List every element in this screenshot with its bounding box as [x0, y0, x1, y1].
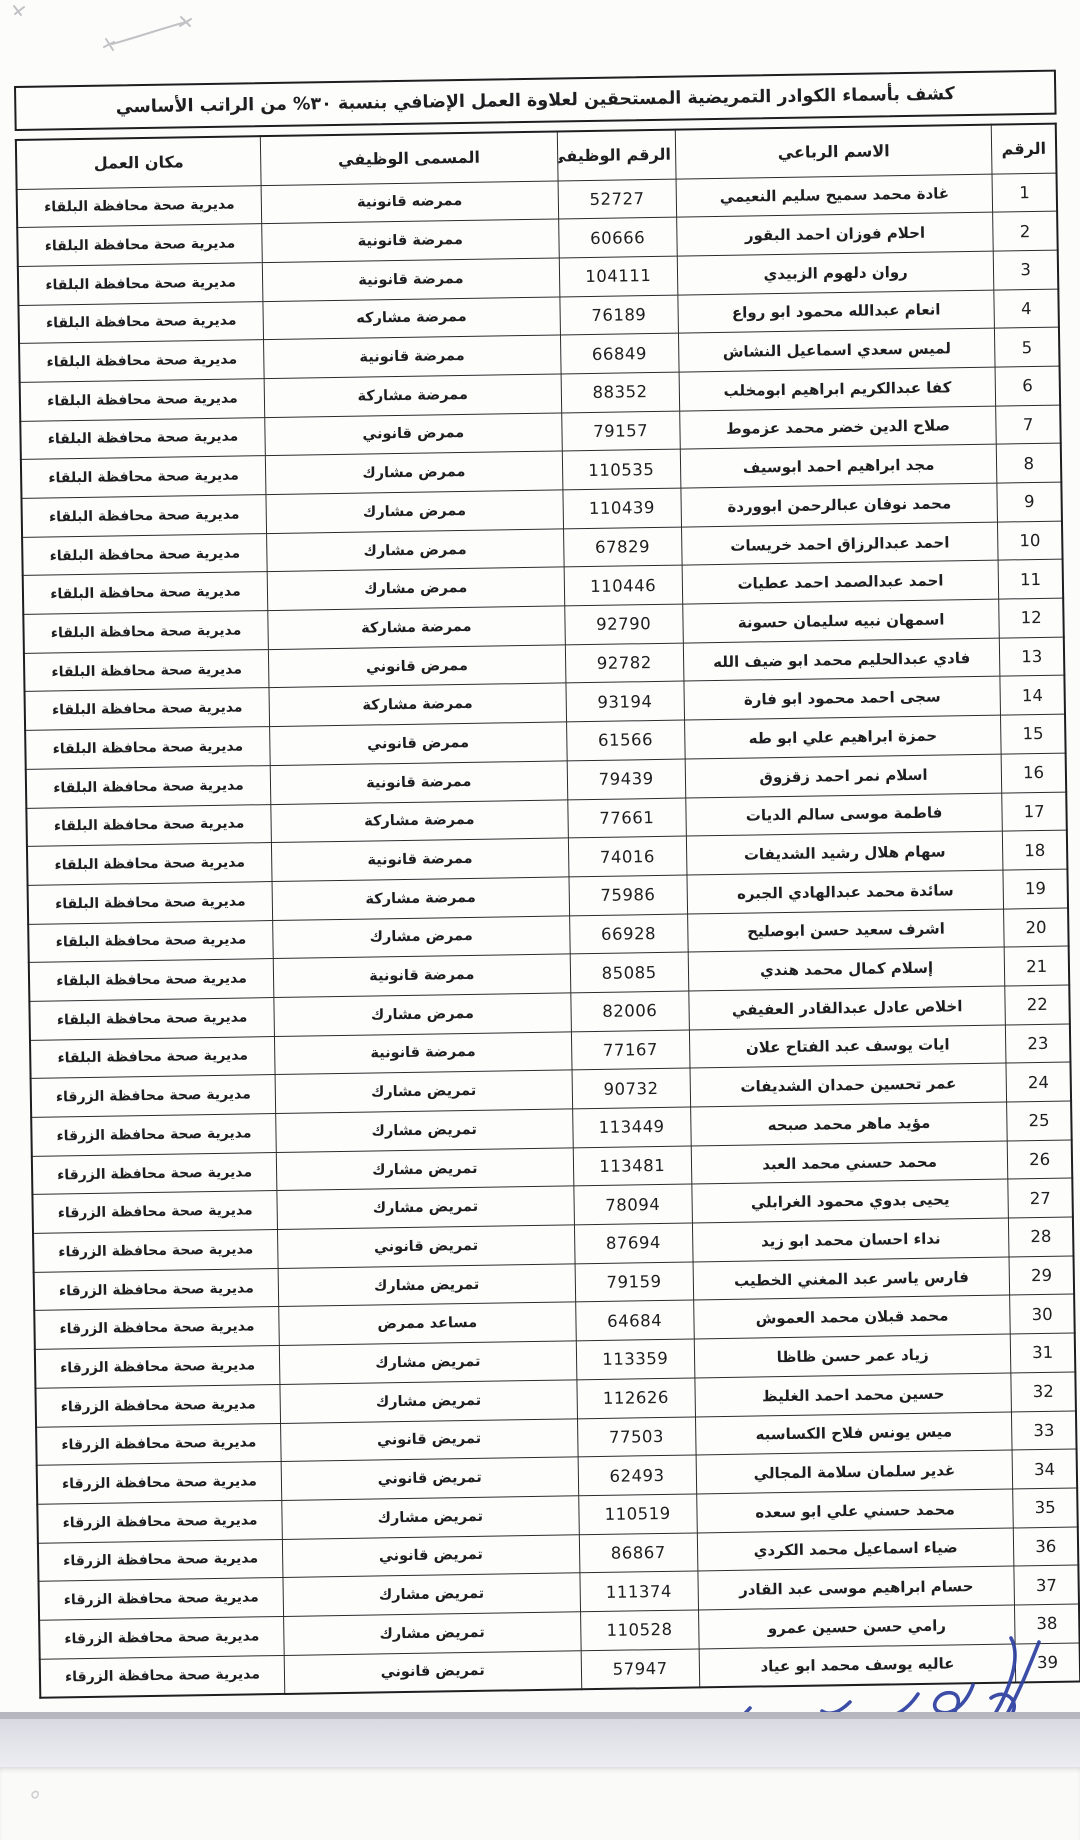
cell-job-title: ممرض مشارك	[266, 490, 563, 533]
cell-index: 13	[1000, 637, 1065, 677]
staff-roster-table: الرقم الاسم الرباعي الرقم الوظيفي المسمى…	[15, 123, 1080, 1699]
cell-name: ضياء اسماعيل محمد الكردي	[697, 1528, 1014, 1572]
document-sheet: كشف بأسماء الكوادر التمريضية المستحقين ل…	[14, 70, 1080, 1699]
cell-name: ايات يوسف عبد الفتاح علان	[689, 1025, 1006, 1069]
cell-index: 24	[1006, 1062, 1071, 1102]
cell-workplace: مديرية صحة محافظة البلقاء	[21, 456, 266, 499]
cell-employee-no: 62493	[578, 1455, 697, 1496]
cell-index: 2	[993, 211, 1058, 251]
cell-name: سائدة محمد عبدالهادي الجبره	[687, 870, 1004, 914]
cell-job-title: ممرضة قانونية	[262, 258, 559, 301]
cell-job-title: ممرضة قانونية	[273, 954, 570, 997]
cell-employee-no: 60666	[558, 217, 677, 258]
cell-workplace: مديرية صحة محافظة البلقاء	[28, 920, 273, 963]
cell-workplace: مديرية صحة محافظة البلقاء	[24, 649, 269, 692]
cell-employee-no: 92782	[565, 643, 684, 684]
scanned-page: كشف بأسماء الكوادر التمريضية المستحقين ل…	[0, 0, 1080, 1840]
cell-job-title: ممرضة مشاركة	[271, 799, 568, 842]
cell-job-title: ممرضة مشاركة	[272, 877, 569, 920]
cell-job-title: تمريض مشارك	[277, 1186, 574, 1229]
cell-index: 19	[1003, 869, 1068, 909]
cell-index: 4	[994, 289, 1059, 329]
header-employee-no: الرقم الوظيفي	[557, 130, 676, 181]
cell-job-title: ممرض قانوني	[265, 413, 562, 456]
cell-name: حسين محمد احمد الغليظ	[695, 1373, 1012, 1417]
cell-employee-no: 113359	[576, 1339, 695, 1380]
cell-name: زياد عمر حسن ظاظا	[694, 1334, 1011, 1378]
cell-job-title: ممرضة قانونية	[264, 335, 561, 378]
cell-job-title: تمريض قانوني	[282, 1534, 579, 1577]
cell-workplace: مديرية صحة محافظة الزرقاء	[35, 1346, 280, 1389]
cell-workplace: مديرية صحة محافظة البلقاء	[25, 727, 270, 770]
cell-index: 32	[1011, 1372, 1076, 1412]
cell-index: 3	[994, 250, 1059, 290]
cell-workplace: مديرية صحة محافظة الزرقاء	[32, 1152, 277, 1195]
cell-name: سهام هلال رشيد الشديفات	[686, 831, 1003, 875]
cell-employee-no: 52727	[558, 179, 677, 220]
cell-employee-no: 110519	[578, 1494, 697, 1535]
cell-employee-no: 79159	[575, 1262, 694, 1303]
cell-job-title: تمريض مشارك	[279, 1341, 576, 1384]
cell-job-title: ممرض قانوني	[270, 722, 567, 765]
cell-employee-no: 77503	[577, 1416, 696, 1457]
cell-employee-no: 79157	[561, 411, 680, 452]
cell-workplace: مديرية صحة محافظة البلقاء	[22, 533, 267, 576]
cell-workplace: مديرية صحة محافظة الزرقاء	[38, 1578, 283, 1621]
cell-employee-no: 61566	[566, 720, 685, 761]
cell-index: 15	[1001, 714, 1066, 754]
cell-name: محمد نوفان عبالرحمن ابووردة	[681, 483, 998, 527]
cell-employee-no: 110528	[580, 1610, 699, 1651]
cell-job-title: تمريض مشارك	[275, 1070, 572, 1113]
cell-index: 11	[998, 559, 1063, 599]
cell-workplace: مديرية صحة محافظة البلقاء	[28, 881, 273, 924]
cell-workplace: مديرية صحة محافظة الزرقاء	[31, 1114, 276, 1157]
cell-job-title: ممرضه قانونية	[261, 180, 558, 223]
cell-name: غادة محمد سميح سليم النعيمي	[676, 174, 993, 218]
cell-name: اشرف سعيد حسن ابوصليح	[687, 909, 1004, 953]
cell-employee-no: 110439	[562, 488, 681, 529]
cell-workplace: مديرية صحة محافظة البلقاء	[18, 262, 263, 305]
cell-index: 30	[1010, 1294, 1075, 1334]
cell-index: 29	[1009, 1256, 1074, 1296]
cell-employee-no: 77661	[567, 798, 686, 839]
cell-index: 18	[1003, 830, 1068, 870]
cell-employee-no: 64684	[575, 1300, 694, 1341]
cell-index: 31	[1011, 1333, 1076, 1373]
cell-index: 1	[992, 173, 1057, 213]
cell-employee-no: 66928	[569, 914, 688, 955]
cell-index: 23	[1006, 1024, 1071, 1064]
cell-employee-no: 82006	[570, 991, 689, 1032]
cell-workplace: مديرية صحة محافظة الزرقاء	[32, 1191, 277, 1234]
cell-job-title: تمريض مشارك	[283, 1573, 580, 1616]
table-body: 1غادة محمد سميح سليم النعيمي52727ممرضه ق…	[17, 173, 1080, 1698]
cell-index: 20	[1004, 908, 1069, 948]
cell-workplace: مديرية صحة محافظة البلقاء	[23, 572, 268, 615]
cell-index: 26	[1008, 1140, 1073, 1180]
cell-index: 6	[995, 366, 1060, 406]
cell-index: 21	[1005, 946, 1070, 986]
cell-job-title: تمريض قانوني	[281, 1418, 578, 1461]
cell-employee-no: 93194	[566, 681, 685, 722]
cell-name: صلاح الدين خضر محمد عزموط	[679, 406, 996, 450]
cell-employee-no: 112626	[576, 1378, 695, 1419]
cell-name: انعام عبدالله محمود ابو رواع	[678, 290, 995, 334]
cell-workplace: مديرية صحة محافظة الزرقاء	[36, 1423, 281, 1466]
pen-scribble-marks	[0, 0, 280, 70]
cell-name: اخلاص عادل عبدالقادر العفيفي	[689, 986, 1006, 1030]
cell-index: 10	[998, 521, 1063, 561]
cell-name: نداء احسان محمد ابو زيد	[692, 1218, 1009, 1262]
cell-job-title: ممرضة قانونية	[271, 838, 568, 881]
cell-workplace: مديرية صحة محافظة الزرقاء	[31, 1075, 276, 1118]
cell-index: 5	[995, 327, 1060, 367]
cell-employee-no: 67829	[563, 527, 682, 568]
cell-employee-no: 76189	[559, 295, 678, 336]
cell-workplace: مديرية صحة محافظة البلقاء	[25, 688, 270, 731]
cell-workplace: مديرية صحة محافظة البلقاء	[19, 340, 264, 383]
cell-job-title: تمريض مشارك	[282, 1496, 579, 1539]
cell-name: حسام ابراهيم موسى عبد القادر	[698, 1566, 1015, 1610]
cell-workplace: مديرية صحة محافظة البلقاء	[20, 417, 265, 460]
cell-job-title: تمريض قانوني	[281, 1457, 578, 1500]
cell-workplace: مديرية صحة محافظة البلقاء	[26, 765, 271, 808]
cell-workplace: مديرية صحة محافظة البلقاء	[29, 959, 274, 1002]
cell-employee-no: 78094	[573, 1184, 692, 1225]
pen-speck	[20, 1780, 180, 1830]
cell-workplace: مديرية صحة محافظة البلقاء	[21, 495, 266, 538]
cell-workplace: مديرية صحة محافظة البلقاء	[29, 997, 274, 1040]
cell-name: احمد عبدالصمد احمد عطيات	[682, 560, 999, 604]
cell-job-title: تمريض مشارك	[278, 1264, 575, 1307]
cell-index: 28	[1009, 1217, 1074, 1257]
header-job-title: المسمى الوظيفي	[260, 131, 557, 185]
cell-employee-no: 75986	[569, 875, 688, 916]
header-workplace: مكان العمل	[16, 136, 261, 189]
cell-name: سجى احمد محمود ابو فارة	[684, 677, 1001, 721]
cell-name: فاطمة موسى سالم الديات	[686, 793, 1003, 837]
cell-name: محمد حسني علي ابو سعده	[696, 1489, 1013, 1533]
cell-index: 7	[996, 405, 1061, 445]
page-fold-edge	[0, 1712, 1080, 1719]
cell-workplace: مديرية صحة محافظة الزرقاء	[34, 1268, 279, 1311]
cell-name: حمزة ابراهيم علي ابو طه	[684, 715, 1001, 759]
cell-name: محمد قبلان محمد العموش	[693, 1295, 1010, 1339]
cell-job-title: تمريض مشارك	[280, 1380, 577, 1423]
cell-job-title: ممرض قانوني	[268, 645, 565, 688]
cell-job-title: ممرضة مشاركة	[264, 374, 561, 417]
cell-index: 27	[1008, 1178, 1073, 1218]
cell-employee-no: 111374	[580, 1571, 699, 1612]
cell-employee-no: 110535	[562, 449, 681, 490]
cell-job-title: مساعد ممرض	[279, 1302, 576, 1345]
cell-index: 9	[997, 482, 1062, 522]
cell-name: عمر تحسين حمدان الشديفات	[690, 1063, 1007, 1107]
cell-name: احلام فوزان احمد البقور	[676, 212, 993, 256]
cell-index: 14	[1000, 676, 1065, 716]
cell-workplace: مديرية صحة محافظة الزرقاء	[37, 1462, 282, 1505]
cell-workplace: مديرية صحة محافظة البلقاء	[17, 185, 262, 228]
cell-employee-no: 92790	[564, 604, 683, 645]
cell-job-title: ممرض مشارك	[265, 451, 562, 494]
cell-workplace: مديرية صحة محافظة البلقاء	[20, 379, 265, 422]
cell-name: اسمهان نبيه سليمان حسونة	[683, 599, 1000, 643]
cell-workplace: مديرية صحة محافظة الزرقاء	[40, 1655, 285, 1698]
cell-employee-no: 74016	[568, 836, 687, 877]
cell-index: 12	[999, 598, 1064, 638]
cell-employee-no: 87694	[574, 1223, 693, 1264]
cell-job-title: ممرضة قانونية	[262, 219, 559, 262]
cell-index: 25	[1007, 1101, 1072, 1141]
cell-job-title: تمريض قانوني	[278, 1225, 575, 1268]
cell-name: مجد ابراهيم احمد ابوسيف	[680, 444, 997, 488]
cell-employee-no: 110446	[564, 565, 683, 606]
cell-employee-no: 66849	[560, 333, 679, 374]
document-title: كشف بأسماء الكوادر التمريضية المستحقين ل…	[116, 84, 955, 117]
cell-workplace: مديرية صحة محافظة الزرقاء	[34, 1307, 279, 1350]
cell-job-title: ممرض مشارك	[267, 529, 564, 572]
cell-job-title: ممرضة مشاركة	[269, 683, 566, 726]
cell-name: ميس يونس فلاح الكساسبه	[695, 1411, 1012, 1455]
cell-index: 22	[1005, 985, 1070, 1025]
cell-name: كفا عبدالكريم ابراهيم ابومخلب	[679, 367, 996, 411]
cell-employee-no: 85085	[570, 952, 689, 993]
cell-employee-no: 86867	[579, 1533, 698, 1574]
cell-workplace: مديرية صحة محافظة البلقاء	[23, 611, 268, 654]
cell-job-title: تمريض مشارك	[276, 1109, 573, 1152]
cell-employee-no: 88352	[561, 372, 680, 413]
cell-index: 8	[997, 443, 1062, 483]
cell-job-title: تمريض مشارك	[276, 1148, 573, 1191]
cell-workplace: مديرية صحة محافظة البلقاء	[18, 301, 263, 344]
cell-workplace: مديرية صحة محافظة الزرقاء	[33, 1230, 278, 1273]
cell-job-title: ممرضة مشاركة	[268, 606, 565, 649]
cell-index: 16	[1002, 753, 1067, 793]
cell-name: احمد عبدالرزاق احمد خريسات	[681, 522, 998, 566]
cell-employee-no: 90732	[572, 1068, 691, 1109]
cell-employee-no: 79439	[567, 759, 686, 800]
cell-index: 34	[1012, 1449, 1077, 1489]
cell-job-title: ممرضة قانونية	[270, 761, 567, 804]
cell-index: 37	[1014, 1565, 1079, 1605]
cell-employee-no: 113481	[573, 1146, 692, 1187]
cell-workplace: مديرية صحة محافظة الزرقاء	[38, 1539, 283, 1582]
cell-employee-no: 57947	[581, 1649, 700, 1690]
cell-workplace: مديرية صحة محافظة الزرقاء	[35, 1384, 280, 1427]
cell-name: لميس سعدي اسماعيل النشاش	[678, 328, 995, 372]
cell-name: إسلام كمال محمد هندي	[688, 947, 1005, 991]
cell-workplace: مديرية صحة محافظة البلقاء	[30, 1036, 275, 1079]
cell-workplace: مديرية صحة محافظة البلقاء	[26, 804, 271, 847]
cell-name: اسلام نمر احمد زقزوق	[685, 754, 1002, 798]
cell-workplace: مديرية صحة محافظة البلقاء	[27, 843, 272, 886]
cell-name: روان دلهوم الزبيدي	[677, 251, 994, 295]
cell-name: محمد حسني محمد العبد	[691, 1141, 1008, 1185]
cell-job-title: ممرضة قانونية	[274, 1031, 571, 1074]
cell-index: 35	[1013, 1488, 1078, 1528]
cell-workplace: مديرية صحة محافظة الزرقاء	[37, 1500, 282, 1543]
cell-job-title: تمريض مشارك	[284, 1612, 581, 1655]
cell-name: فادي عبدالحليم محمد ابو ضيف الله	[683, 638, 1000, 682]
cell-job-title: ممرض مشارك	[273, 915, 570, 958]
cell-job-title: ممرضة مشاركه	[263, 297, 560, 340]
cell-employee-no: 77167	[571, 1030, 690, 1071]
cell-index: 33	[1012, 1410, 1077, 1450]
cell-name: فارس ياسر عبد المغني الخطيب	[693, 1257, 1010, 1301]
cell-job-title: ممرض مشارك	[274, 993, 571, 1036]
document-title-box: كشف بأسماء الكوادر التمريضية المستحقين ل…	[14, 70, 1057, 131]
cell-employee-no: 104111	[559, 256, 678, 297]
header-name: الاسم الرباعي	[675, 125, 992, 179]
header-index: الرقم	[992, 124, 1057, 174]
cell-name: غدير سلمان سلامة المجالي	[696, 1450, 1013, 1494]
cell-job-title: ممرض مشارك	[267, 567, 564, 610]
page-fold-shadow	[0, 1719, 1080, 1767]
cell-job-title: تمريض قانوني	[284, 1650, 581, 1693]
cell-name: يحيى بدوي محمود الغرابلي	[692, 1179, 1009, 1223]
cell-index: 36	[1014, 1527, 1079, 1567]
cell-employee-no: 113449	[572, 1107, 691, 1148]
cell-workplace: مديرية صحة محافظة البلقاء	[17, 224, 262, 267]
cell-name: مؤيد ماهر محمد صبحه	[690, 1102, 1007, 1146]
cell-workplace: مديرية صحة محافظة الزرقاء	[39, 1616, 284, 1659]
cell-index: 17	[1002, 792, 1067, 832]
